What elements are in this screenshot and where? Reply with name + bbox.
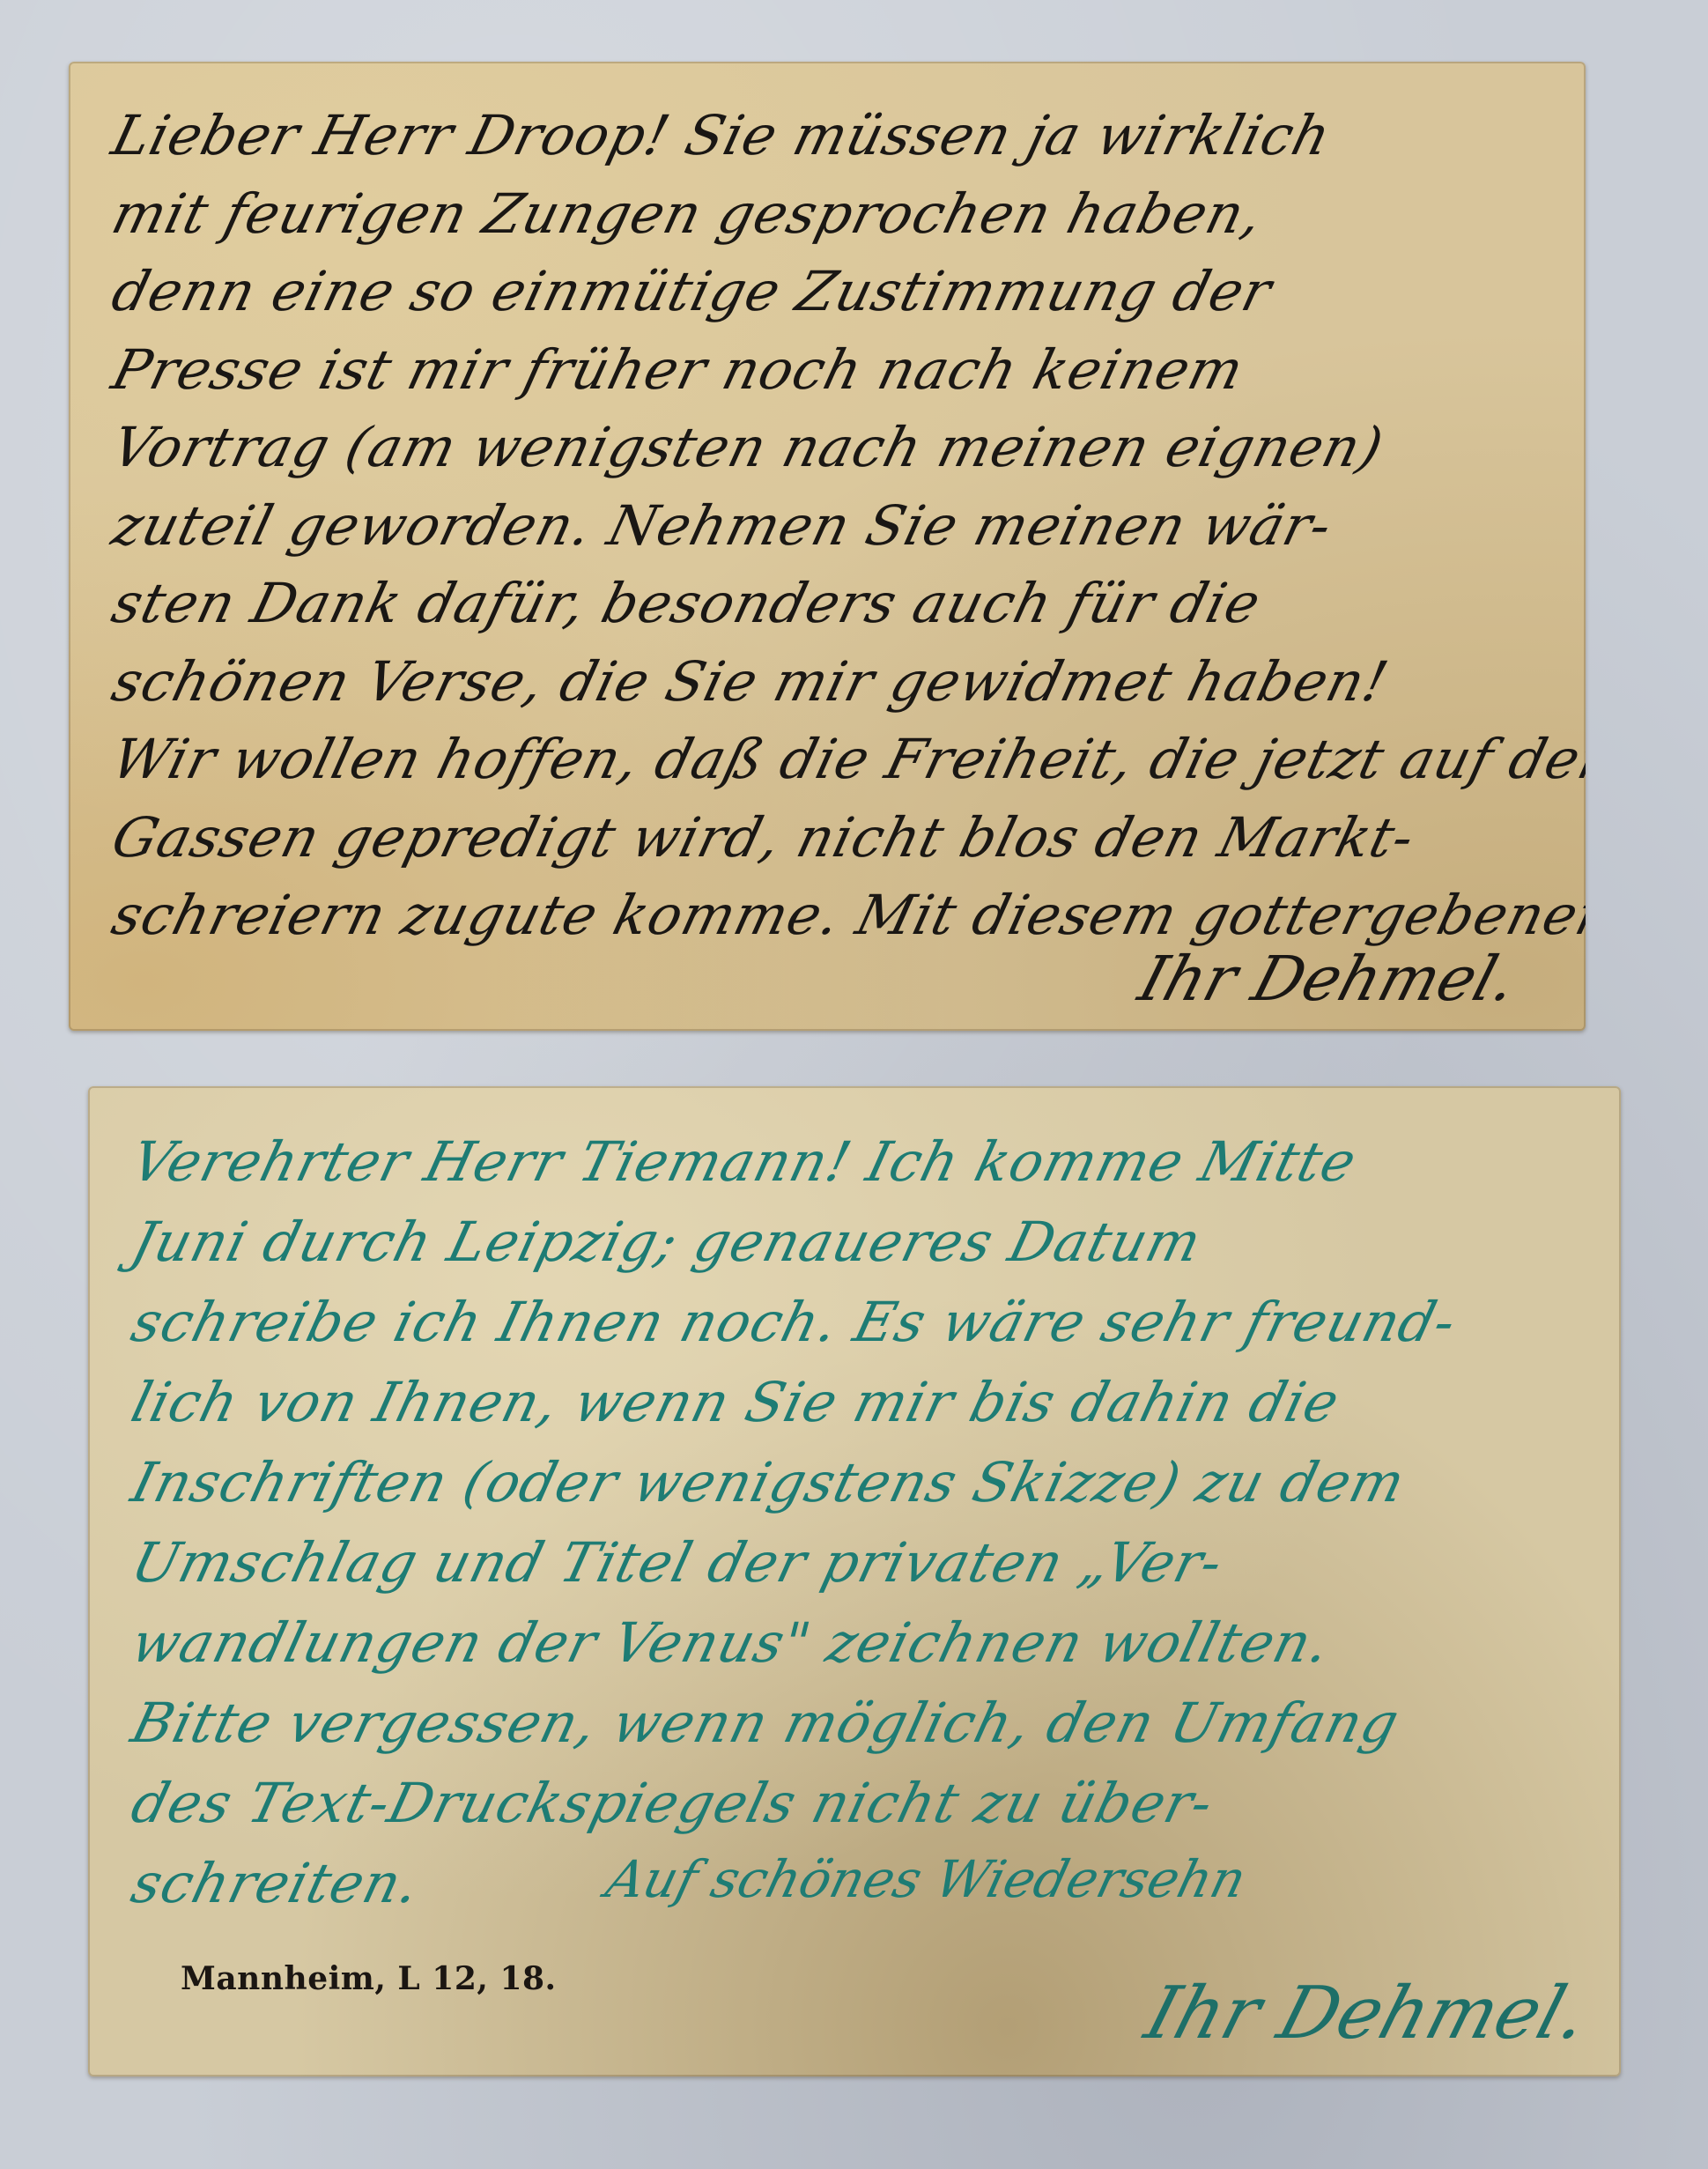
handwritten-line: Presse ist mir früher noch nach keinem [104,331,1579,410]
handwritten-line: schreibe ich Ihnen noch. Es wäre sehr fr… [123,1282,1615,1362]
postcard-droop: Lieber Herr Droop! Sie müssen ja wirklic… [69,62,1586,1031]
handwritten-line: Bitte vergessen, wenn möglich, den Umfan… [123,1683,1615,1763]
handwritten-line: Inschriften (oder wenigstens Skizze) zu … [123,1442,1615,1522]
closing-phrase: Auf schönes Wiedersehn [601,1849,1253,1909]
handwritten-line: sten Dank dafür, besonders auch für die [104,565,1579,643]
handwritten-line: Umschlag und Titel der privaten „Ver- [123,1522,1615,1603]
handwritten-line: zuteil geworden. Nehmen Sie meinen wär- [104,487,1579,566]
handwritten-line: Wir wollen hoffen, daß die Freiheit, die… [104,721,1579,799]
handwritten-line: Vortrag (am wenigsten nach meinen eignen… [104,409,1579,487]
handwritten-letter-body: Lieber Herr Droop! Sie müssen ja wirklic… [104,97,1559,955]
handwritten-line: lich von Ihnen, wenn Sie mir bis dahin d… [123,1362,1615,1442]
handwritten-line: Gassen gepredigt wird, nicht blos den Ma… [104,799,1579,877]
handwritten-line: Verehrter Herr Tiemann! Ich komme Mitte [123,1122,1615,1202]
signature: Ihr Dehmel. [1136,1972,1597,2055]
handwritten-line: mit feurigen Zungen gesprochen haben, [104,175,1579,254]
handwritten-line: Juni durch Leipzig; genaueres Datum [123,1202,1615,1282]
printed-address: Mannheim, L 12, 18. [181,1960,557,1997]
handwritten-line: schönen Verse, die Sie mir gewidmet habe… [104,643,1579,722]
handwritten-line: denn eine so einmütige Zustimmung der [104,253,1579,331]
signature: Ihr Dehmel. [1132,943,1526,1015]
handwritten-line: Lieber Herr Droop! Sie müssen ja wirklic… [104,97,1579,175]
handwritten-line: wandlungen der Venus" zeichnen wollten. [123,1603,1615,1683]
handwritten-letter-body: Verehrter Herr Tiemann! Ich komme Mitte … [123,1122,1594,1923]
handwritten-line: des Text-Druckspiegels nicht zu über- [123,1763,1615,1843]
postcard-tiemann: Verehrter Herr Tiemann! Ich komme Mitte … [88,1086,1621,2076]
